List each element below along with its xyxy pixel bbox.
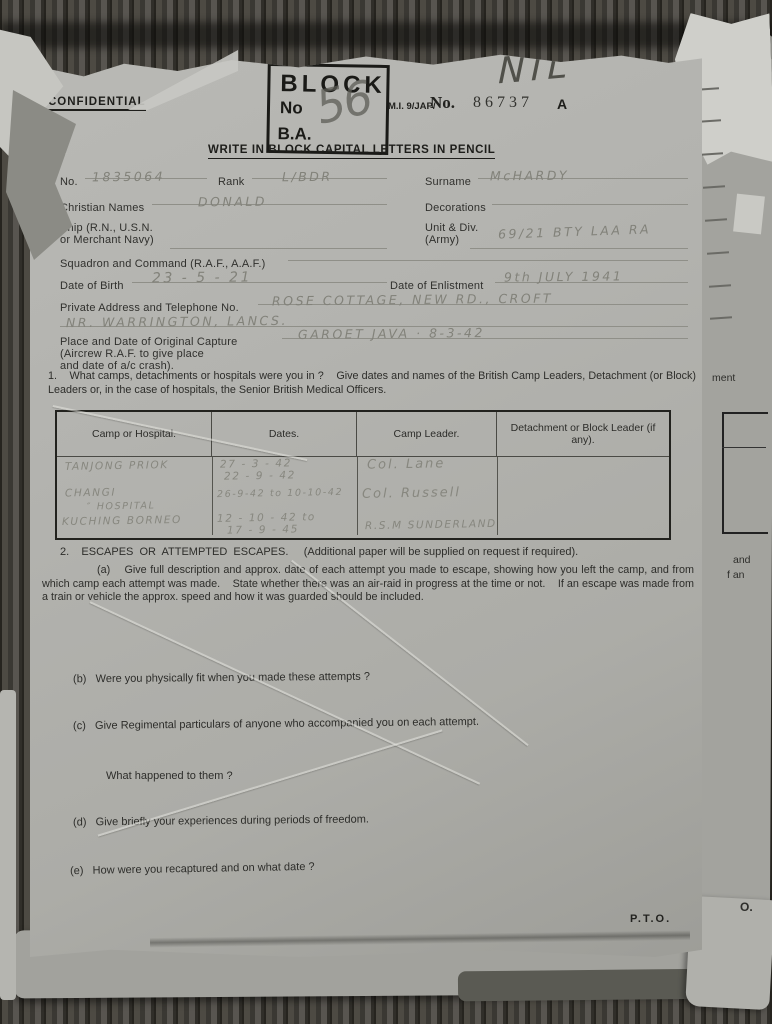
camp-table-divider — [357, 457, 358, 535]
field-value-capture: GAROET JAVA · 8-3-42 — [298, 325, 485, 342]
question-2c-followup-text: What happened to them ? — [106, 770, 233, 782]
series-letter: A — [557, 96, 567, 112]
field-label-dob: Date of Birth — [60, 280, 124, 292]
underpage-table-line — [722, 447, 766, 448]
field-rule — [152, 190, 387, 205]
underpage-text-fragment: and — [733, 554, 751, 566]
page-crease — [90, 601, 480, 784]
camp-table-header-row: Camp or Hospital. Dates. Camp Leader. De… — [57, 412, 669, 457]
field-label-no: No. — [60, 176, 78, 188]
field-value-service-number: 1835064 — [92, 169, 165, 185]
underpage-text-fragment: f an — [727, 569, 745, 581]
field-label-ship-1: Ship (R.N., U.S.N. — [60, 222, 153, 234]
pow-questionnaire-page: CONFIDENTIAL BLOCK No B.A. 56 M.I. 9/JAP… — [30, 52, 702, 957]
camp-table: Camp or Hospital. Dates. Camp Leader. De… — [55, 410, 671, 540]
block-number-stamp: BLOCK No B.A. 56 — [266, 63, 390, 155]
camp-entry-dates: 22 - 9 - 42 — [224, 469, 296, 482]
underpage-text-fragment: ment — [712, 372, 735, 384]
field-label-rank: Rank — [218, 176, 244, 188]
field-label-christian-names: Christian Names — [60, 202, 144, 214]
stamp-line-no: No — [280, 98, 303, 118]
field-value-address-1: ROSE COTTAGE, NEW RD., CROFT — [272, 291, 553, 309]
field-value-dob: 23 - 5 - 21 — [152, 269, 252, 286]
field-label-surname: Surname — [425, 176, 471, 188]
field-rule — [492, 190, 688, 205]
serial-number: 86737 — [473, 94, 533, 112]
mi9-reference-label: M.I. 9/JAP/ — [388, 101, 436, 112]
underpage-table-corner — [722, 412, 768, 534]
camp-entry-leader: Col. Lane — [367, 456, 446, 472]
field-label-capture-2: (Aircrew R.A.F. to give place — [60, 348, 204, 360]
question-2d-text: (d) Give briefly your experiences during… — [73, 813, 369, 828]
underpage-white-tab — [733, 194, 765, 235]
camp-table-header-leader: Camp Leader. — [357, 412, 497, 456]
field-value-surname: McHARDY — [490, 168, 569, 184]
underpage-text-fragment: O. — [740, 900, 753, 914]
field-label-unit-2: (Army) — [425, 234, 459, 246]
camp-entry-camp: KUCHING BORNEO — [62, 514, 182, 528]
field-label-decorations: Decorations — [425, 202, 486, 214]
field-label-capture-1: Place and Date of Original Capture — [60, 336, 237, 348]
camp-entry-leader: Col. Russell — [362, 485, 461, 502]
field-value-enlistment: 9th JULY 1941 — [504, 268, 623, 284]
camp-table-divider — [497, 457, 498, 535]
page-bottom-fold-shadow — [150, 930, 690, 948]
camp-entry-leader: R.S.M SUNDERLAND — [365, 518, 497, 532]
stamp-pencil-number: 56 — [311, 70, 376, 135]
question-2-heading: 2. ESCAPES OR ATTEMPTED ESCAPES. (Additi… — [60, 546, 578, 558]
photo-scene: ment and f an O. CONFIDENTIAL BLOCK No B… — [0, 0, 772, 1024]
camp-entry-camp: CHANGI — [65, 487, 116, 500]
question-2c-text: (c) Give Regimental particulars of anyon… — [73, 716, 479, 732]
field-value-christian-names: DONALD — [198, 194, 267, 210]
camp-entry-camp: TANJONG PRIOK — [65, 459, 169, 473]
field-label-unit-1: Unit & Div. — [425, 222, 478, 234]
camp-table-header-detachment: Detachment or Block Leader (if any). — [497, 412, 669, 456]
field-value-address-2: NR. WARRINGTON, LANCS. — [66, 313, 288, 330]
stamp-line-ba: B.A. — [277, 124, 311, 145]
paper-pile-dark-band — [458, 969, 716, 1002]
nil-pencil-annotation: NIL — [498, 45, 574, 93]
camp-table-divider — [212, 457, 213, 535]
camp-entry-camp-note: ″ HOSPITAL — [87, 500, 156, 512]
camp-entry-dates: 26-9-42 to 10-10-42 — [217, 487, 343, 500]
field-value-rank: L/BDR — [282, 169, 333, 185]
serial-no-label: No. — [430, 93, 455, 113]
camp-entry-dates: 12 - 10 - 42 to — [217, 511, 316, 525]
paper-sliver-left — [0, 690, 16, 1000]
question-1-text: 1. What camps, detachments or hospitals … — [48, 370, 696, 397]
question-2b-text: (b) Were you physically fit when you mad… — [73, 671, 370, 686]
question-2e-text: (e) How were you recaptured and on what … — [70, 861, 315, 877]
camp-table-body: TANJONG PRIOK 27 - 3 - 42 22 - 9 - 42 Co… — [57, 457, 669, 535]
pto-label: P.T.O. — [630, 913, 671, 925]
wood-shadow-band — [0, 22, 772, 48]
field-label-ship-2: or Merchant Navy) — [60, 234, 154, 246]
form-instruction-title: WRITE IN BLOCK CAPITAL LETTERS IN PENCIL — [208, 144, 495, 159]
camp-table-header-dates: Dates. — [212, 412, 357, 456]
field-rule — [288, 246, 688, 261]
camp-entry-dates: 17 - 9 - 45 — [227, 523, 299, 536]
question-2a-text: (a) Give full description and approx. da… — [42, 564, 694, 605]
